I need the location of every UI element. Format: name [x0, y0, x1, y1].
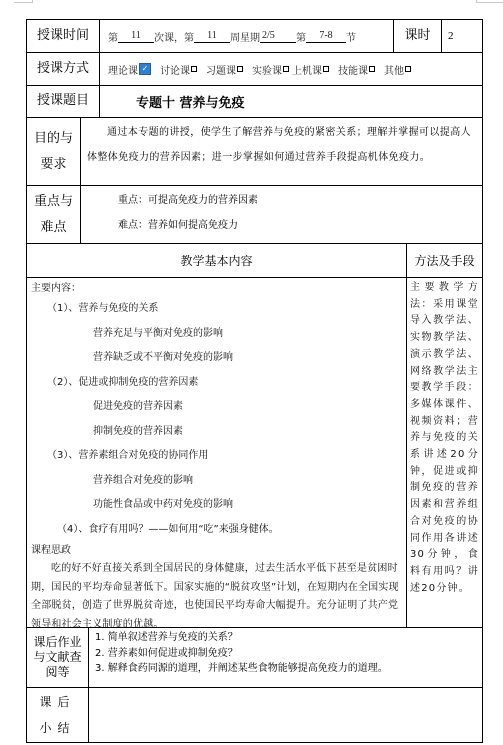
key-point: 重点：可提高免疫力的营养因素: [118, 188, 482, 213]
content-intro: 主要内容：: [31, 280, 402, 297]
period-prefix: 第: [296, 29, 306, 44]
content-header-side: 方法及手段: [407, 244, 482, 277]
homework-item: 2. 营养素如何促进或抑制免疫？: [95, 646, 476, 662]
content-header-row: 教学基本内容 方法及手段: [27, 244, 482, 278]
ideology-text: 吃的好不好直接关系到全国居民的身体健康，过去生活水平低下甚至是贫困时期，国民的平…: [31, 560, 402, 634]
weekday: 2/5: [260, 30, 296, 43]
topic-label: 授课题目: [27, 86, 100, 117]
hours-label: 课时: [394, 20, 442, 52]
teaching-content: 主要内容： （1）、营养与免疫的关系 营养充足与平衡对免疫的影响 营养缺乏或不平…: [27, 278, 407, 627]
key-points-label: 重点与 难点: [27, 186, 81, 243]
checkbox-unchecked-icon[interactable]: [405, 66, 411, 72]
week-number: 11: [194, 30, 230, 43]
homework-list: 1. 简单叙述营养与免疫的关系？ 2. 营养素如何促进或抑制免疫？ 3. 解释食…: [89, 628, 482, 687]
homework-row: 课后作业 与文献查 阅等 1. 简单叙述营养与免疫的关系？ 2. 营养素如何促进…: [27, 628, 482, 688]
method-options: 理论课✓ 讨论课 习题课 实验课 上机课 技能课 其他: [100, 53, 482, 85]
period-suffix: 节: [346, 29, 356, 44]
key-points-row: 重点与 难点 重点：可提高免疫力的营养因素 难点：营养如何提高免疫力: [27, 186, 482, 244]
option-computer[interactable]: 上机课: [292, 62, 329, 77]
schedule-label: 授课时间: [27, 20, 100, 52]
option-skill[interactable]: 技能课: [338, 62, 375, 77]
checkbox-checked-icon[interactable]: ✓: [139, 63, 151, 75]
checkbox-unchecked-icon[interactable]: [191, 66, 197, 72]
section-title: （3）、营养素组合对免疫的协同作用: [31, 444, 402, 469]
section-item: 功能性食品或中药对免疫的影响: [31, 493, 402, 518]
option-other[interactable]: 其他: [384, 62, 411, 77]
checkbox-unchecked-icon[interactable]: [323, 66, 329, 72]
option-exercise[interactable]: 习题课: [206, 62, 243, 77]
homework-item: 1. 简单叙述营养与免疫的关系？: [95, 630, 476, 646]
section-title: （4）、食疗有用吗？——如何用“吃”来强身健体。: [31, 518, 402, 543]
section-item: 促进免疫的营养因素: [31, 395, 402, 420]
homework-item: 3. 解释食药同源的道理，并阐述某些食物能够提高免疫力的道理。: [95, 661, 476, 677]
section-item: 抑制免疫的营养因素: [31, 420, 402, 445]
objectives-text: 通过本专题的讲授，使学生了解营养与免疫的紧密关系；理解并掌握可以提高人体整体免疫…: [81, 118, 482, 185]
schedule-info: 第 11 次课，第 11 周星期 2/5 第 7-8 节: [100, 20, 394, 52]
method-label: 授课方式: [27, 53, 100, 85]
topic-row: 授课题目 专题十 营养与免疫: [27, 86, 482, 118]
key-points-text: 重点：可提高免疫力的营养因素 难点：营养如何提高免疫力: [81, 186, 482, 243]
session-suffix: 次课，第: [154, 29, 194, 44]
checkbox-unchecked-icon[interactable]: [283, 66, 289, 72]
objectives-label: 目的与 要求: [27, 118, 81, 185]
option-theory[interactable]: 理论课✓: [108, 62, 151, 77]
schedule-row: 授课时间 第 11 次课，第 11 周星期 2/5 第 7-8 节 课时 2: [27, 20, 482, 53]
lesson-plan-table: 授课时间 第 11 次课，第 11 周星期 2/5 第 7-8 节 课时 2 授…: [26, 19, 483, 743]
difficulty-point: 难点：营养如何提高免疫力: [118, 213, 482, 238]
summary-label: 课后 小结: [27, 688, 89, 742]
section-item: 营养缺乏或不平衡对免疫的影响: [31, 346, 402, 371]
page-margin-mark-top-right: [476, 0, 503, 3]
section-item: 营养充足与平衡对免疫的影响: [31, 322, 402, 347]
method-row: 授课方式 理论课✓ 讨论课 习题课 实验课 上机课 技能课 其他: [27, 53, 482, 86]
periods: 7-8: [306, 30, 346, 43]
content-header-main: 教学基本内容: [27, 244, 407, 277]
homework-label: 课后作业 与文献查 阅等: [27, 628, 89, 687]
methods-text: 主要教学方法：采用课堂导入教学法、实物教学法、演示教学法、网络教学法主要教学手段…: [407, 278, 482, 627]
section-title: （2）、促进或抑制免疫的营养因素: [31, 371, 402, 396]
content-row: 主要内容： （1）、营养与免疫的关系 营养充足与平衡对免疫的影响 营养缺乏或不平…: [27, 278, 482, 628]
summary-row: 课后 小结: [27, 688, 482, 742]
hours-value: 2: [442, 20, 482, 52]
section-item: 营养组合对免疫的影响: [31, 469, 402, 494]
section-title: （1）、营养与免疫的关系: [31, 297, 402, 322]
topic-title: 专题十 营养与免疫: [100, 86, 482, 117]
checkbox-unchecked-icon[interactable]: [237, 66, 243, 72]
checkbox-unchecked-icon[interactable]: [369, 66, 375, 72]
ideology-title: 课程思政: [31, 542, 402, 560]
session-prefix: 第: [108, 29, 118, 44]
summary-text[interactable]: [89, 688, 482, 742]
week-suffix: 周星期: [230, 29, 260, 44]
objectives-row: 目的与 要求 通过本专题的讲授，使学生了解营养与免疫的紧密关系；理解并掌握可以提…: [27, 118, 482, 186]
session-number: 11: [118, 30, 154, 43]
option-lab[interactable]: 实验课: [252, 62, 289, 77]
option-discussion[interactable]: 讨论课: [160, 62, 197, 77]
page-margin-mark-top-left: [14, 0, 33, 3]
